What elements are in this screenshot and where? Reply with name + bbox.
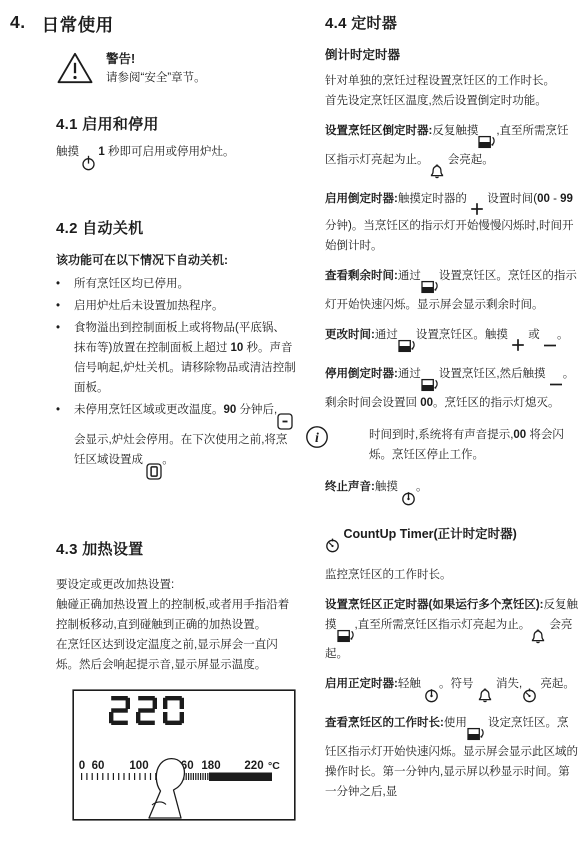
- right-column: 4.4 定时器 倒计时定时器 针对单独的烹饪过程设置烹饪区的工作时长。 首先设定…: [325, 12, 579, 802]
- scale-tick: [195, 773, 196, 780]
- bold-text: 停用倒定时器:: [325, 368, 398, 380]
- list-item: •启用炉灶后未设置加热程序。: [56, 296, 296, 316]
- display-zero-icon: [146, 463, 162, 480]
- bullet-marker: •: [56, 274, 74, 294]
- plus-icon: [511, 338, 525, 352]
- section-4-2-intro: 该功能可在以下情况下自动关机:: [56, 250, 296, 270]
- scale-tick: [123, 773, 124, 780]
- seven-segment: [111, 696, 128, 700]
- list-item: •食物溢出到控制面板上或将物品(平底锅、抹布等)放置在控制面板上超过 10 秒。…: [56, 318, 296, 398]
- seven-segment: [111, 721, 128, 725]
- chapter-number: 4.: [10, 12, 26, 37]
- scale-tick: [198, 773, 199, 780]
- section-4-4-heading: 4.4 定时器: [325, 12, 579, 33]
- scale-filled-bar: [209, 773, 272, 782]
- scale-tick: [190, 773, 191, 780]
- bold-text: 启用正定时器:: [325, 678, 398, 690]
- scale-tick: [134, 773, 135, 780]
- paragraph-change-time: 更改时间:通过设置烹饪区。触摸 或 。: [325, 325, 579, 354]
- figure-scale-label: 60: [92, 760, 105, 772]
- seven-segment: [111, 708, 128, 712]
- section-4-2-heading: 4.2 自动关机: [56, 217, 296, 238]
- minus-icon: [549, 377, 563, 391]
- warning-icon: [56, 51, 94, 85]
- scale-tick: [118, 773, 119, 780]
- timer-zone-icon: [478, 134, 496, 150]
- bold-text: 10: [231, 342, 244, 354]
- chapter-title: 日常使用: [42, 12, 114, 37]
- bold-text: 更改时间:: [325, 329, 375, 341]
- list-item-text: 启用炉灶后未设置加热程序。: [74, 296, 296, 316]
- paragraph-start-countdown: 启用倒定时器:触摸定时器的 设置时间(00 - 99 分钟)。当烹饪区的指示灯开…: [325, 189, 579, 256]
- figure-unit-label: °C: [268, 760, 280, 772]
- svg-text:i: i: [315, 431, 319, 446]
- seven-segment: [153, 698, 157, 709]
- seven-segment: [163, 698, 167, 709]
- section-4-1-paragraph: 触摸 1 秒即可启用或停用炉灶。: [56, 142, 296, 171]
- paragraph: 触碰正确加热设置上的控制板,或者用手指沿着控制板移动,直到碰触到正确的加热设置。: [56, 595, 296, 635]
- paragraph-stop-sound: 终止声音:触摸 。: [325, 477, 579, 506]
- timer-zone-icon: [398, 338, 416, 354]
- seven-segment: [138, 708, 155, 712]
- figure-border: [73, 690, 295, 820]
- bold-text: 99: [560, 193, 573, 205]
- bold-text: 设置烹饪区倒定时器:: [325, 125, 432, 137]
- scale-tick: [207, 773, 208, 780]
- scale-tick: [86, 773, 87, 780]
- bold-text: 00: [513, 429, 526, 441]
- seven-segment: [138, 696, 155, 700]
- scale-tick: [205, 773, 206, 780]
- bullet-marker: •: [56, 318, 74, 398]
- bell-icon: [429, 163, 445, 179]
- countup-timer-icon: [325, 537, 340, 553]
- clock-icon: [401, 490, 416, 506]
- bold-text: 90: [224, 404, 237, 416]
- seven-segment: [165, 696, 182, 700]
- section-4-1-heading: 4.1 启用和停用: [56, 113, 296, 134]
- display-figure: 060100160180220°C: [72, 689, 296, 826]
- countup-timer-icon: [522, 687, 537, 703]
- info-note: i 时间到时,系统将有声音提示,00 将会闪烁。烹饪区停止工作。: [305, 425, 579, 465]
- left-column-content: 警告! 请参阅“安全”章节。 4.1 启用和停用 触摸 1 秒即可启用或停用炉灶…: [56, 51, 296, 826]
- bold-text: 1: [98, 146, 104, 158]
- info-icon: i: [305, 425, 329, 465]
- list-item-text: 食物溢出到控制面板上或将物品(平底锅、抹布等)放置在控制面板上超过 10 秒。声…: [74, 318, 296, 398]
- bold-text: 00: [537, 193, 550, 205]
- timer-zone-icon: [337, 628, 355, 644]
- paragraph-stop-countdown: 停用倒定时器:通过设置烹饪区,然后触摸 。剩余时间会设置回 00。烹饪区的指示灯…: [325, 364, 579, 413]
- paragraph-set-countup: 设置烹饪区正定时器(如果运行多个烹饪区):反复触摸,直至所需烹饪区指示灯亮起为止…: [325, 595, 579, 664]
- countdown-timer-subheading: 倒计时定时器: [325, 47, 579, 63]
- plus-icon: [470, 202, 484, 216]
- scale-tick: [200, 773, 201, 780]
- scale-tick: [188, 773, 189, 780]
- bold-text: 查看剩余时间:: [325, 270, 398, 282]
- left-column: 4. 日常使用 警告! 请参阅“安全”章节。 4.1 启用和停用 触摸 1 秒即…: [10, 12, 296, 826]
- figure-scale-label: 220: [244, 760, 263, 772]
- scale-tick: [81, 773, 82, 780]
- bullet-marker: •: [56, 296, 74, 316]
- bell-icon: [530, 628, 546, 644]
- paragraph-check-remaining: 查看剩余时间:通过设置烹饪区。烹饪区的指示灯开始快速闪烁。显示屏会显示剩余时间。: [325, 266, 579, 315]
- figure-scale-label: 0: [79, 760, 85, 772]
- scale-tick: [186, 773, 187, 780]
- scale-tick: [108, 773, 109, 780]
- bold-text: 00: [420, 397, 433, 409]
- scale-tick: [139, 773, 140, 780]
- timer-zone-icon: [421, 279, 439, 295]
- timer-zone-icon: [467, 726, 485, 742]
- list-item-text: 所有烹饪区均已停用。: [74, 274, 296, 294]
- paragraph: 在烹饪区达到设定温度之前,显示屏会一直闪烁。然后会响起提示音,显示屏显示温度。: [56, 635, 296, 675]
- scale-tick: [202, 773, 203, 780]
- warning-text: 请参阅“安全”章节。: [106, 69, 206, 87]
- seven-segment: [163, 712, 167, 723]
- scale-tick: [113, 773, 114, 780]
- section-4-3-heading: 4.3 加热设置: [56, 538, 296, 559]
- seven-segment: [180, 698, 184, 709]
- list-item: •未停用烹饪区域或更改温度。90 分钟后, 会显示,炉灶会停用。在下次使用之前,…: [56, 400, 296, 480]
- paragraph: 监控烹饪区的工作时长。: [325, 565, 579, 585]
- warning-note: 警告! 请参阅“安全”章节。: [56, 51, 296, 87]
- seven-segment: [138, 721, 155, 725]
- warning-label: 警告!: [106, 52, 206, 67]
- list-item: •所有烹饪区均已停用。: [56, 274, 296, 294]
- bold-text: 启用倒定时器:: [325, 193, 398, 205]
- timer-zone-icon: [421, 377, 439, 393]
- display-dash-icon: [277, 413, 293, 430]
- seven-segment: [165, 721, 182, 725]
- bold-text: 终止声音:: [325, 481, 375, 493]
- paragraph: 针对单独的烹饪过程设置烹饪区的工作时长。: [325, 71, 579, 91]
- paragraph-check-operating-time: 查看烹饪区的工作时长:使用 设定烹饪区。烹饪区指示灯开始快速闪烁。显示屏会显示此…: [325, 713, 579, 802]
- bell-icon: [477, 687, 493, 703]
- figure-scale-label: 100: [129, 760, 148, 772]
- info-note-text: 时间到时,系统将有声音提示,00 将会闪烁。烹饪区停止工作。: [369, 425, 577, 465]
- paragraph-start-countup: 启用正定时器:轻触 。符号 消失, 亮起。: [325, 674, 579, 703]
- temperature-display-figure: 060100160180220°C: [72, 689, 296, 821]
- scale-tick: [102, 773, 103, 780]
- chapter-heading: 4. 日常使用: [10, 12, 296, 37]
- figure-scale-label: 180: [201, 760, 220, 772]
- warning-text-block: 警告! 请参阅“安全”章节。: [106, 51, 206, 87]
- power-icon: [82, 155, 95, 171]
- list-item-text: 未停用烹饪区域或更改温度。90 分钟后, 会显示,炉灶会停用。在下次使用之前,将…: [74, 400, 296, 480]
- auto-off-list: •所有烹饪区均已停用。 •启用炉灶后未设置加热程序。 •食物溢出到控制面板上或将…: [56, 274, 296, 480]
- seven-segment: [126, 698, 130, 709]
- clock-icon: [424, 687, 439, 703]
- scale-tick: [129, 773, 130, 780]
- paragraph-set-countdown: 设置烹饪区倒定时器:反复触摸,直至所需烹饪区指示灯亮起为止。 会亮起。: [325, 121, 579, 179]
- countup-timer-heading: CountUp Timer(正计时定时器): [325, 524, 579, 553]
- bullet-marker: •: [56, 400, 74, 480]
- minus-icon: [543, 338, 557, 352]
- scale-tick: [193, 773, 194, 780]
- bold-text: 查看烹饪区的工作时长:: [325, 717, 444, 729]
- scale-tick: [150, 773, 151, 780]
- scale-tick: [92, 773, 93, 780]
- paragraph: 要设定或更改加热设置:: [56, 575, 296, 595]
- bold-text: 设置烹饪区正定时器(如果运行多个烹饪区):: [325, 599, 544, 611]
- scale-tick: [145, 773, 146, 780]
- scale-tick: [97, 773, 98, 780]
- paragraph: 首先设定烹饪区温度,然后设置倒定时功能。: [325, 91, 579, 111]
